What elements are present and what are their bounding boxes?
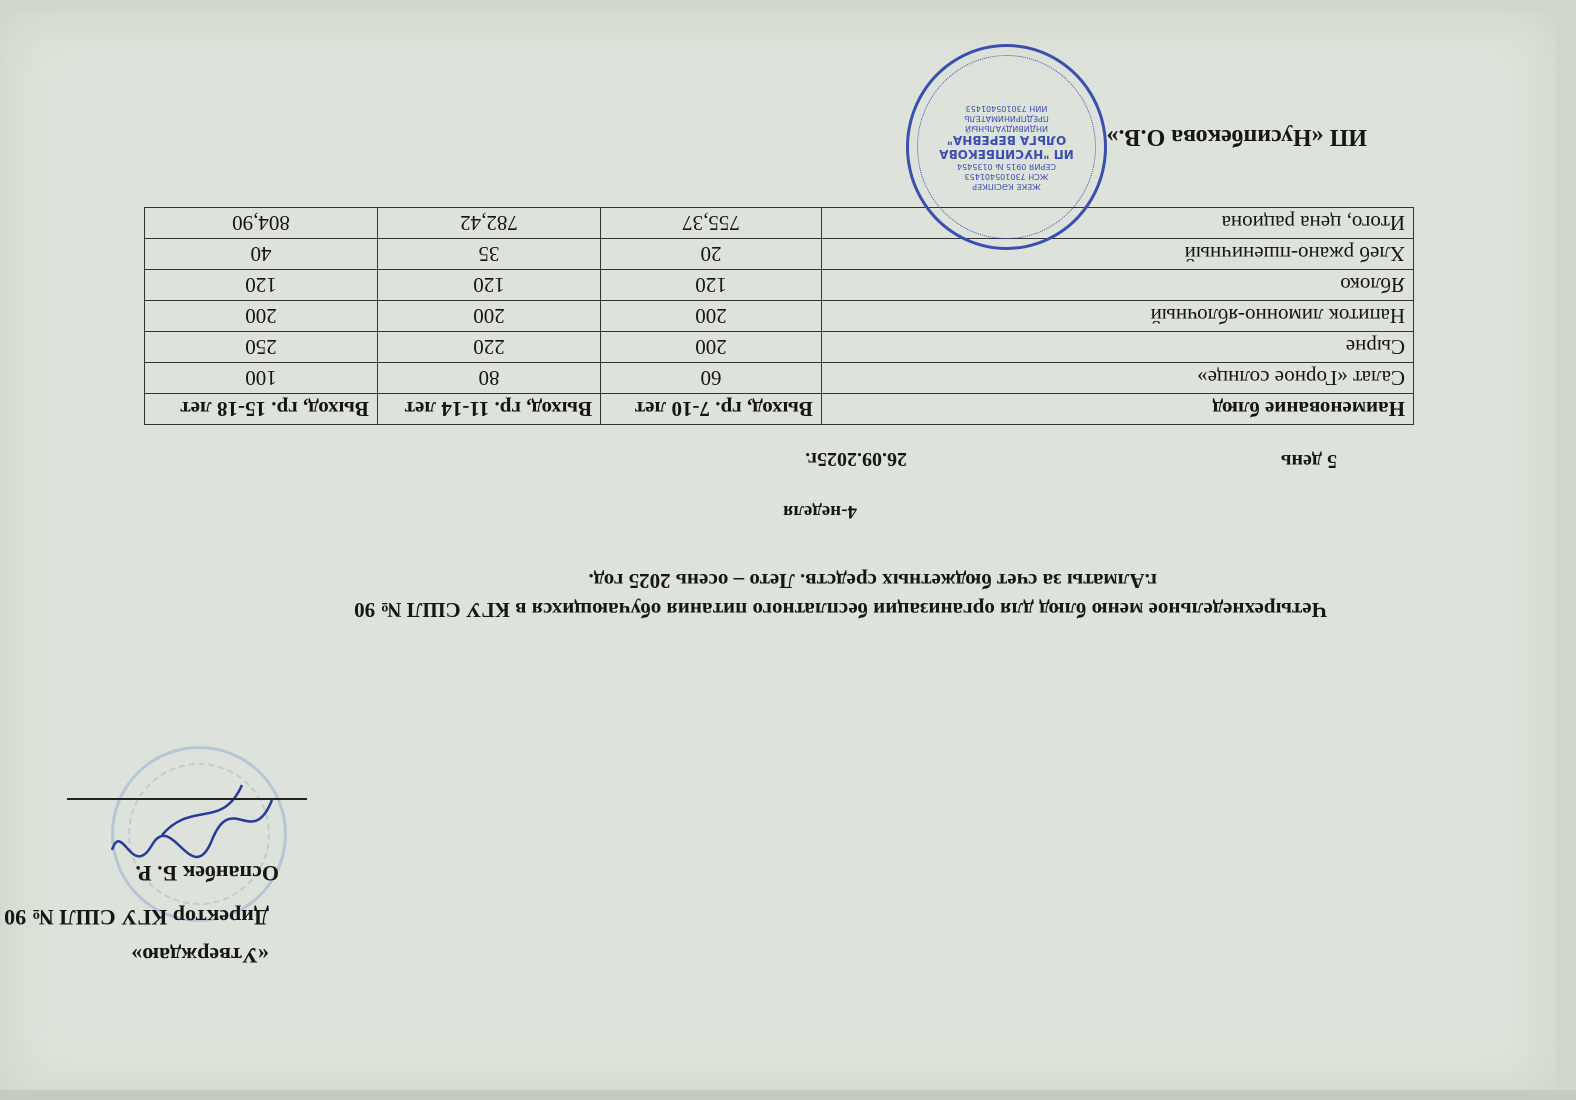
- seal-text-line: ЖЕКЕ КӘСІПКЕР: [972, 181, 1040, 191]
- yield-cell: 755,37: [601, 208, 822, 239]
- date-label: 26.09.2025г.: [805, 447, 907, 470]
- document-title-line1: Четырехнедельное меню блюд для организац…: [354, 597, 1327, 622]
- table-row: Итого, цена рациона755,37782,42804,90: [145, 208, 1414, 239]
- approval-position: Директор КГУ СШЛ № 90: [4, 904, 269, 930]
- day-label: 5 день: [1281, 449, 1337, 472]
- table-header-row: Наименование блюд Выход, гр. 7-10 лет Вы…: [145, 394, 1414, 425]
- yield-cell: 35: [377, 239, 600, 270]
- document-title-line2: г.Алматы за счет бюджетных средств. Лето…: [589, 568, 1157, 593]
- yield-cell: 100: [145, 363, 378, 394]
- table-row: Яблоко120120120: [145, 270, 1414, 301]
- yield-cell: 20: [601, 239, 822, 270]
- seal-text-line: ОЛЬГА ВЕРЕВНА": [947, 133, 1067, 147]
- seal-text-line: ИИН 730105401453: [966, 103, 1048, 113]
- header-yield-7-10: Выход, гр. 7-10 лет: [601, 394, 822, 425]
- seal-text-line: СЕРИЯ 0915 № 0135454: [957, 161, 1056, 171]
- table-row: Хлеб ржано-пшеничный203540: [145, 239, 1414, 270]
- header-yield-15-18: Выход, гр. 15-18 лет: [145, 394, 378, 425]
- table-row: Напиток лимонно-яблочный200200200: [145, 301, 1414, 332]
- yield-cell: 120: [145, 270, 378, 301]
- yield-cell: 80: [377, 363, 600, 394]
- week-label: 4-неделя: [783, 500, 857, 522]
- yield-cell: 120: [377, 270, 600, 301]
- supplier-label: ИП «Нусипбекова О.В.»: [1107, 123, 1367, 150]
- yield-cell: 220: [377, 332, 600, 363]
- yield-cell: 200: [377, 301, 600, 332]
- yield-cell: 804,90: [145, 208, 378, 239]
- background-edge: [0, 1090, 1576, 1100]
- supplier-seal-stamp: ЖЕКЕ КӘСІПКЕРЖСН 730105401453СЕРИЯ 0915 …: [906, 44, 1107, 250]
- yield-cell: 250: [145, 332, 378, 363]
- yield-cell: 40: [145, 239, 378, 270]
- dish-name-cell: Итого, цена рациона: [821, 208, 1413, 239]
- seal-text-line: ИП "НУСИПБЕКОВА: [939, 147, 1074, 161]
- yield-cell: 60: [601, 363, 822, 394]
- signature-line: [67, 798, 307, 800]
- yield-cell: 782,42: [377, 208, 600, 239]
- director-signature: [102, 780, 282, 870]
- seal-text-line: ИНДИВИДУАЛЬНЫЙ: [965, 123, 1048, 133]
- yield-cell: 200: [601, 332, 822, 363]
- yield-cell: 120: [601, 270, 822, 301]
- dish-name-cell: Напиток лимонно-яблочный: [821, 301, 1413, 332]
- header-dish-name: Наименование блюд: [821, 394, 1413, 425]
- photo-stage: «Утверждаю» Директор КГУ СШЛ № 90 Оспанб…: [0, 0, 1576, 1100]
- yield-cell: 200: [601, 301, 822, 332]
- seal-text-line: ЖСН 730105401453: [965, 171, 1049, 181]
- table-row: Сырне200220250: [145, 332, 1414, 363]
- header-yield-11-14: Выход, гр. 11-14 лет: [377, 394, 600, 425]
- approval-label: «Утверждаю»: [131, 942, 269, 968]
- dish-name-cell: Хлеб ржано-пшеничный: [821, 239, 1413, 270]
- yield-cell: 200: [145, 301, 378, 332]
- dish-name-cell: Сырне: [821, 332, 1413, 363]
- menu-table: Наименование блюд Выход, гр. 7-10 лет Вы…: [144, 207, 1414, 425]
- dish-name-cell: Яблоко: [821, 270, 1413, 301]
- table-row: Салат «Горное солнце»6080100: [145, 363, 1414, 394]
- seal-text-line: ПРЕДПРИНИМАТЕЛЬ: [964, 113, 1049, 123]
- dish-name-cell: Салат «Горное солнце»: [821, 363, 1413, 394]
- document-page: «Утверждаю» Директор КГУ СШЛ № 90 Оспанб…: [0, 10, 1557, 1100]
